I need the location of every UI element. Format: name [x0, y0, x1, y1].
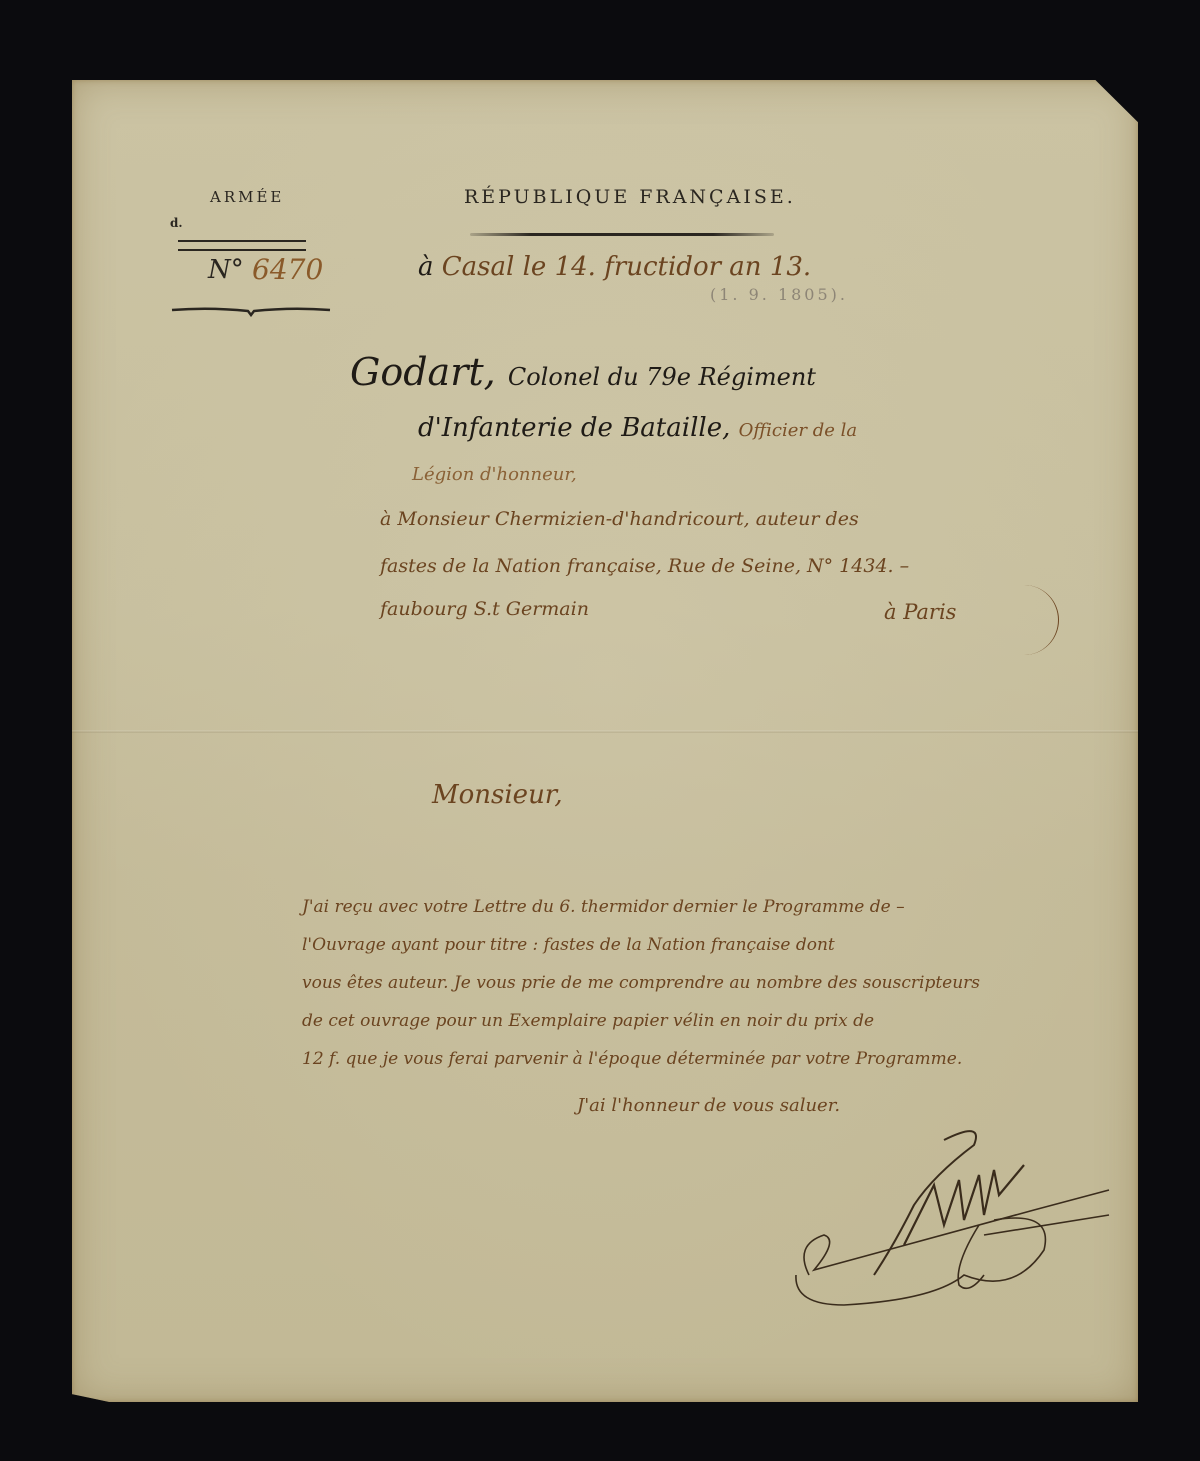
- letter-page: ARMÉE d. RÉPUBLIQUE FRANÇAISE. N° 6470 à…: [72, 80, 1138, 1402]
- sender-name: Godart,: [350, 350, 496, 394]
- bracket-ornament-icon: [938, 585, 1059, 655]
- place-prefix: à: [418, 252, 434, 282]
- body-line: de cet ouvrage pour un Exemplaire papier…: [302, 1011, 874, 1031]
- sender-title-2b: Officier de la: [739, 420, 857, 441]
- gregorian-date-annotation: (1. 9. 1805).: [710, 285, 848, 304]
- army-suffix: d.: [170, 216, 183, 230]
- salutation: Monsieur,: [432, 780, 563, 810]
- paper-fold-line: [72, 730, 1138, 733]
- closing-formula: J'ai l'honneur de vous saluer.: [577, 1095, 840, 1116]
- place-date-line: à Casal le 14. fructidor an 13.: [418, 252, 811, 282]
- number-value: 6470: [252, 253, 323, 286]
- army-heading: ARMÉE: [210, 188, 284, 206]
- sender-line-1: Godart, Colonel du 79e Régiment: [350, 350, 816, 394]
- body-line: vous êtes auteur. Je vous prie de me com…: [302, 973, 980, 993]
- recipient-line-2: fastes de la Nation française, Rue de Se…: [380, 555, 909, 577]
- sender-title-2a: d'Infanterie de Bataille,: [418, 413, 730, 443]
- date-text: le 14. fructidor an 13.: [523, 252, 812, 282]
- number-label: N°: [208, 255, 244, 285]
- place-name: Casal: [442, 252, 515, 282]
- body-line: J'ai reçu avec votre Lettre du 6. thermi…: [302, 897, 905, 917]
- thick-rule-divider: [470, 233, 774, 236]
- sender-title-1: Colonel du 79e Régiment: [508, 363, 816, 391]
- recipient-line-3: faubourg S.t Germain: [380, 598, 589, 620]
- brace-ornament-icon: [170, 305, 332, 317]
- body-line: 12 f. que je vous ferai parvenir à l'épo…: [302, 1049, 962, 1069]
- sender-line-3: Légion d'honneur,: [412, 464, 577, 485]
- body-line: l'Ouvrage ayant pour titre : fastes de l…: [302, 935, 835, 955]
- signature-icon: [784, 1125, 1114, 1325]
- recipient-line-1: à Monsieur Chermizien-d'handricourt, aut…: [380, 508, 859, 530]
- sender-line-2: d'Infanterie de Bataille, Officier de la: [418, 413, 857, 443]
- double-rule-divider: [178, 240, 306, 251]
- republic-heading: RÉPUBLIQUE FRANÇAISE.: [464, 186, 796, 208]
